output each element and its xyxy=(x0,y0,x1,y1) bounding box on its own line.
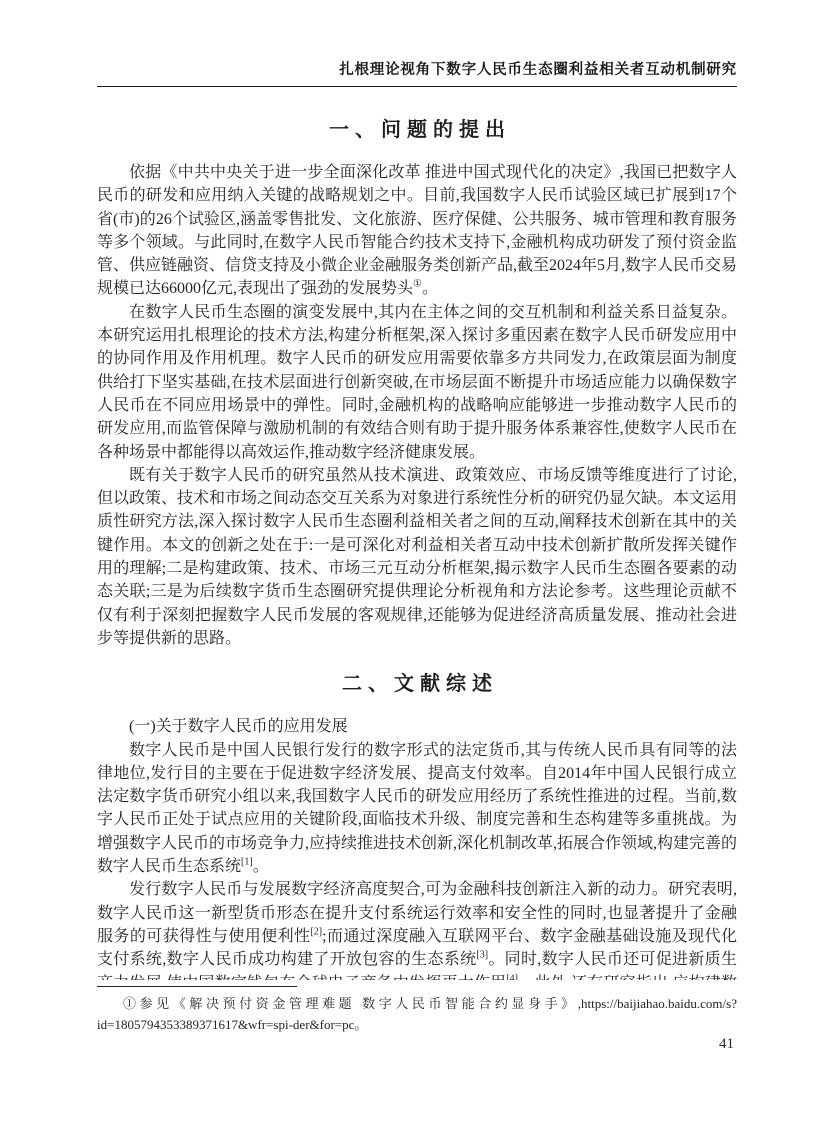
subsection-heading: (一)关于数字人民币的应用发展 xyxy=(97,715,737,738)
reference-superscript: [1] xyxy=(241,857,253,868)
reference-superscript: [3] xyxy=(476,950,488,961)
header-rule xyxy=(97,86,737,87)
footnote-block: ①参见《解决预付资金管理难题 数字人民币智能合约显身手》,https://bai… xyxy=(97,986,737,1035)
footnote-text: 参见《解决预付资金管理难题 数字人民币智能合约显身手》,https://baij… xyxy=(97,996,737,1032)
page-content: 扎根理论视角下数字人民币生态圈利益相关者互动机制研究 一、问题的提出 依据《中共… xyxy=(97,58,737,980)
reference-superscript: [2] xyxy=(310,927,322,938)
footnote-rule xyxy=(97,986,297,987)
paragraph: 发行数字人民币与发展数字经济高度契合,可为金融科技创新注入新的动力。研究表明,数… xyxy=(97,878,737,980)
section-heading-1: 一、问题的提出 xyxy=(97,113,737,142)
reference-superscript: [4] xyxy=(506,973,518,980)
paragraph: 既有关于数字人民币的研究虽然从技术演进、政策效应、市场反馈等维度进行了讨论,但以… xyxy=(97,464,737,650)
section-2-paragraphs: 数字人民币是中国人民银行发行的数字形式的法定货币,其与传统人民币具有同等的法律地… xyxy=(97,739,737,980)
document-page: 扎根理论视角下数字人民币生态圈利益相关者互动机制研究 一、问题的提出 依据《中共… xyxy=(0,0,826,1122)
page-number: 41 xyxy=(719,1036,734,1053)
section-heading-2: 二、文献综述 xyxy=(97,667,737,696)
running-head-title: 扎根理论视角下数字人民币生态圈利益相关者互动机制研究 xyxy=(97,58,737,79)
footnote: ①参见《解决预付资金管理难题 数字人民币智能合约显身手》,https://bai… xyxy=(97,994,737,1035)
footnote-marker: ① xyxy=(123,996,140,1011)
paragraph: 依据《中共中央关于进一步全面深化改革 推进中国式现代化的决定》,我国已把数字人民… xyxy=(97,161,737,301)
paragraph: 在数字人民币生态圈的演变发展中,其内在主体之间的交互机制和利益关系日益复杂。本研… xyxy=(97,301,737,464)
reference-superscript: ① xyxy=(413,279,422,290)
paragraph: 数字人民币是中国人民银行发行的数字形式的法定货币,其与传统人民币具有同等的法律地… xyxy=(97,739,737,879)
section-1-paragraphs: 依据《中共中央关于进一步全面深化改革 推进中国式现代化的决定》,我国已把数字人民… xyxy=(97,161,737,650)
